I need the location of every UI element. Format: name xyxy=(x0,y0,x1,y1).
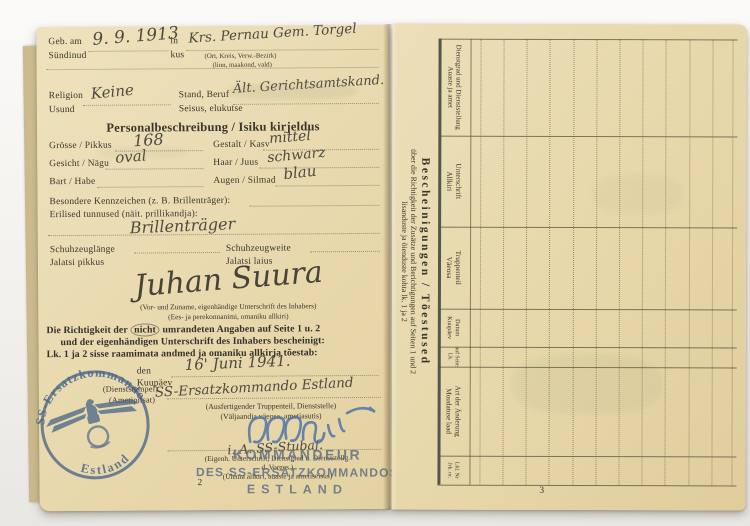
table-line xyxy=(438,347,737,349)
hair-label: Haar / Juus xyxy=(213,158,258,168)
column-header-art-der-aenderung: Art der Änderung Muudatuse laad xyxy=(438,367,469,456)
row-divider xyxy=(548,39,550,485)
bleed-through xyxy=(592,174,682,214)
build-handwriting: mittel xyxy=(269,128,312,147)
column-label-de: Unterschrift xyxy=(454,136,463,227)
row-divider xyxy=(595,39,597,485)
birth-in-de: in xyxy=(170,36,178,46)
document-scan: Geb. am Sündinud 9. 9. 1913 in kus Krs. … xyxy=(0,0,750,526)
separator-dotted xyxy=(47,67,379,70)
beard-label: Bart / Habe xyxy=(49,177,95,187)
occupation-label-de: Stand, Beruf xyxy=(179,90,229,100)
row-divider xyxy=(618,39,620,485)
block-stamp-line2: DES SS-ERSATZKOMMANDOS xyxy=(187,465,407,480)
certify-line2: und der eigenhändigen Unterschrift des I… xyxy=(60,335,324,348)
build-label: Gestalt / Kasv xyxy=(213,140,270,150)
table-subtitle-de: über die Richtigkeit der Zusätze und Ber… xyxy=(408,39,418,485)
religion-label-et: Usund xyxy=(49,105,75,115)
table-line xyxy=(438,456,737,458)
column-label-de: Dienstgrad und Dienststellung xyxy=(454,39,462,136)
column-label-et: Väeosa xyxy=(445,227,453,309)
holder-signature: Juhan Suura xyxy=(133,255,324,304)
row-divider xyxy=(502,39,504,485)
bleed-through xyxy=(512,354,662,414)
table-line xyxy=(438,227,737,229)
face-label: Gesicht / Nägu xyxy=(49,159,109,169)
column-label-et: Jrk. nr. xyxy=(447,456,453,485)
left-page: Geb. am Sündinud 9. 9. 1913 in kus Krs. … xyxy=(36,25,391,511)
column-header-dienstgrad: Dienstgrad und Dienststellung Auaste ja … xyxy=(438,39,469,136)
block-stamp-line1: KOMMANDEUR xyxy=(187,446,407,463)
certify-line1-a: Die Richtigkeit der xyxy=(46,325,127,337)
certify-nicht-circled: nicht xyxy=(130,323,160,336)
table-line xyxy=(437,485,736,487)
column-header-truppenteil: Truppenteil Väeosa xyxy=(438,227,469,309)
column-header-lfd-nr: Lfd. Nr Jrk. nr. xyxy=(437,456,468,485)
shoe-width-label-de: Schuhzeugweite xyxy=(226,243,291,253)
signature-caption-et: (Ees- ja perekonnanimi, omaniku allkiri) xyxy=(78,311,378,322)
shoe-length-line xyxy=(134,252,220,254)
table-title: Bescheinigungen / Tõestused xyxy=(418,39,431,485)
table-subtitle-et: lisanduste ja õienduste kohta lk. 1 ja 2 xyxy=(399,39,409,485)
beard-line xyxy=(97,174,203,188)
religion-label-de: Religion xyxy=(49,91,83,101)
column-label-et: Kuupäev xyxy=(446,309,453,347)
birth-label-de: Geb. am xyxy=(48,37,82,47)
row-divider xyxy=(479,39,481,485)
shoe-length-label-et: Jalatsi pikkus xyxy=(50,258,104,268)
date-handwriting: 16' Juni 1941. xyxy=(184,352,290,374)
right-page-number: 3 xyxy=(539,486,544,496)
section-title: Personalbeschreibung / Isiku kirjeldus xyxy=(37,119,389,136)
column-label-de: auf Seite xyxy=(453,347,459,367)
table-line xyxy=(438,309,737,311)
column-label-de: Lfd. Nr xyxy=(453,456,459,485)
row-divider xyxy=(572,39,574,485)
row-divider xyxy=(731,39,733,485)
column-header-unterschrift: Unterschrift Allkiri xyxy=(438,136,469,227)
issuer-rule xyxy=(167,397,381,399)
column-header-datum: Datum Kuupäev xyxy=(438,309,469,347)
birth-label-et: Sündinud xyxy=(48,51,86,61)
column-label-et: Auaste ja amet xyxy=(446,39,454,136)
bleed-through xyxy=(97,146,187,159)
birth-place-hint-de: (Ort, Kreis, Verw.-Bezirk) xyxy=(204,53,276,61)
occupation-label-et: Seisus, elukutse xyxy=(179,104,243,114)
table-line xyxy=(439,39,738,41)
column-label-de: Datum xyxy=(453,309,460,347)
right-page: Bescheinigungen / Tõestused über die Ric… xyxy=(391,24,746,511)
column-label-de: Truppenteil xyxy=(453,227,461,309)
bleed-through xyxy=(227,83,357,100)
row-divider xyxy=(664,39,666,485)
row-divider xyxy=(641,39,643,485)
row-divider xyxy=(688,39,690,485)
birth-in-et: kus xyxy=(170,50,184,60)
column-label-de: Art der Änderung xyxy=(453,367,461,456)
marks-line-short xyxy=(249,193,379,207)
column-header-auf-seite: auf Seite Lk. xyxy=(438,347,469,367)
row-divider xyxy=(711,39,713,485)
eyes-label: Augen / Silmad xyxy=(213,176,276,186)
marks-label-de: Besondere Kennzeichen (z. B. Brillenträg… xyxy=(50,196,231,207)
column-label-et: Muudatuse laad xyxy=(445,367,453,456)
shoe-length-label-de: Schuhzeuglänge xyxy=(50,245,115,255)
table-title-block: Bescheinigungen / Tõestused über die Ric… xyxy=(392,39,438,485)
column-label-et: Allkiri xyxy=(445,136,454,227)
table-header-rule xyxy=(469,39,471,485)
block-stamp-line3: ESTLAND xyxy=(187,482,407,497)
certify-line1-c: umrandeten Angaben auf Seite 1 u. 2 xyxy=(162,323,320,335)
eyes-handwriting: blau xyxy=(282,162,317,184)
column-label-et: Lk. xyxy=(447,347,453,367)
svg-text:SS-Ersatzkommando: SS-Ersatzkommando xyxy=(23,353,151,429)
stamp-arc-top-text: SS-Ersatzkommando xyxy=(23,353,151,429)
table-line xyxy=(438,136,737,138)
row-divider xyxy=(525,39,527,485)
commander-block-stamp: KOMMANDEUR DES SS-ERSATZKOMMANDOS ESTLAN… xyxy=(187,446,407,497)
binding-crease xyxy=(383,24,397,510)
shoe-width-line xyxy=(310,251,380,252)
